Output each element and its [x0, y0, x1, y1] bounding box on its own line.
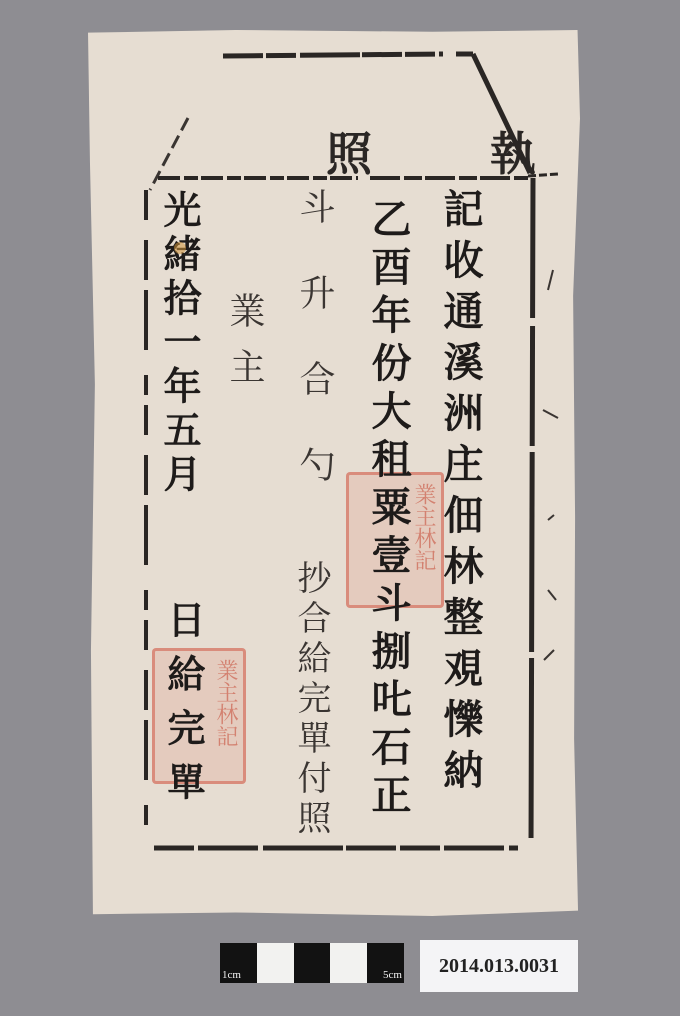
scale-segment: [257, 943, 294, 983]
text-column-6-issued: 日給完單: [164, 600, 202, 816]
seal-text: 業主林記: [214, 659, 237, 747]
text-column-5-date: 光緒拾一年五月: [160, 190, 198, 498]
scale-segment: [330, 943, 367, 983]
ink-stain: [174, 242, 186, 254]
text-column-2: 乙酉年份大租粟壹斗捌𠮟石正: [368, 198, 408, 822]
scale-segment: [294, 943, 331, 983]
seal-text: 業主林記: [412, 483, 435, 571]
text-column-3-upper: 斗升合勺: [296, 188, 332, 532]
accession-number-label: 2014.013.0031: [420, 940, 578, 992]
scale-label-right: 5cm: [383, 969, 402, 981]
text-column-4-owner: 業主: [226, 292, 262, 404]
text-column-1: 記收通溪洲庄佃林整覌㦡納: [440, 188, 480, 800]
title-char-left: 照: [326, 118, 372, 184]
scale-label-left: 1cm: [222, 969, 241, 981]
title-char-right: 執: [490, 118, 536, 184]
scale-segment: 5cm: [367, 943, 404, 983]
document-title: 照 執: [326, 118, 536, 184]
scale-bar: 1cm 5cm: [220, 943, 404, 983]
text-column-3-lower: 抄合給完單付照: [294, 560, 328, 840]
accession-number: 2014.013.0031: [439, 955, 559, 978]
document-paper: 照 執 業主林記 業主林記 記收通溪洲庄佃林整覌㦡納 乙酉年份大租粟壹斗捌𠮟石正…: [88, 30, 580, 916]
scale-segment: 1cm: [220, 943, 257, 983]
